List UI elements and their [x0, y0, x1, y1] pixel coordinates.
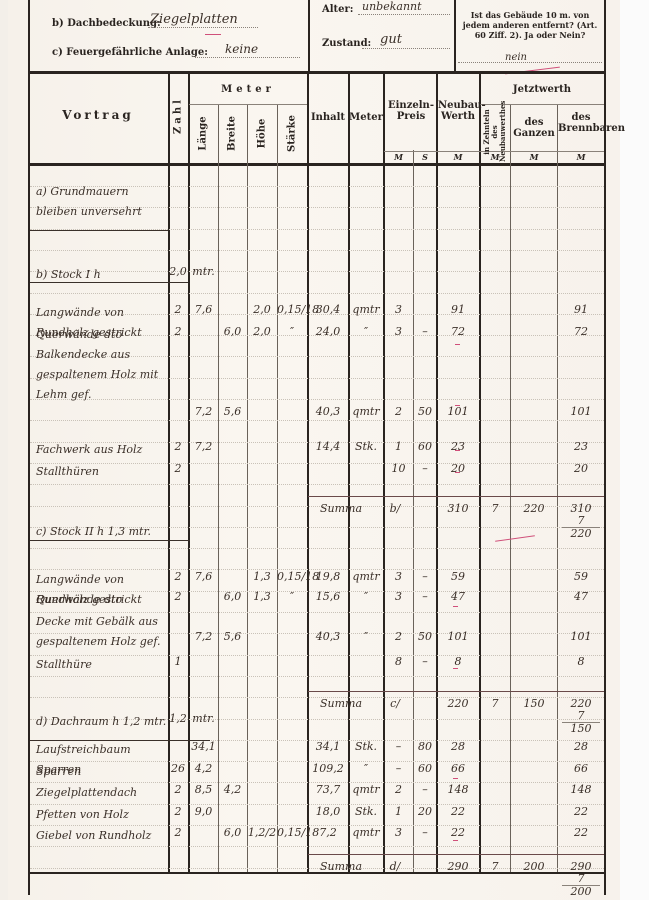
cell-preis_m: 1: [384, 440, 413, 453]
cell-breite: 6,0: [218, 826, 247, 839]
cell-meter: ″: [349, 762, 383, 775]
cell-zahl: 2: [168, 826, 188, 839]
cell-laenge: 4,2: [189, 762, 218, 775]
ruling-line: [30, 548, 604, 549]
summa-rule: [308, 496, 604, 497]
cell-inhalt: 109,2: [308, 762, 348, 775]
cell-neubau: 220: [437, 697, 479, 710]
cell-staerke: ″: [277, 325, 307, 338]
cell-inhalt: 40,3: [308, 630, 348, 643]
cell-zahl: 2: [168, 462, 188, 475]
section-underline: [30, 282, 188, 283]
ruling-line: [30, 484, 604, 485]
red-check-mark: [205, 34, 221, 35]
cell-preis_pf: 20: [414, 805, 436, 818]
cell-meter: qmtr: [349, 826, 383, 839]
calc-rule: [562, 527, 600, 528]
line-item-description: Pfetten von Holz: [36, 805, 129, 825]
red-check-mark: [455, 450, 460, 451]
cell-meter: qmtr: [349, 783, 383, 796]
unit-mark: M: [511, 152, 557, 162]
line-item-description: Stallthüre: [36, 655, 92, 675]
section-underline: [30, 230, 168, 231]
cell-ganzen: 150: [511, 697, 557, 710]
cell-preis_m: 8: [384, 655, 413, 668]
cell-laenge: 7,2: [189, 440, 218, 453]
cell-laenge: 7,6: [189, 570, 218, 583]
cell-zahl: 2: [168, 440, 188, 453]
cell-brenn-factor: 7: [558, 514, 604, 527]
cell-preis_m: 3: [384, 303, 413, 316]
cell-brenn-result: 200: [558, 885, 604, 898]
cell-preis_m: 2: [384, 405, 413, 418]
cell-meter: c/: [380, 697, 410, 710]
cell-preis_m: 2: [384, 630, 413, 643]
cell-brenn-result: 220: [558, 527, 604, 540]
cell-brenn: 47: [558, 590, 604, 603]
line-item-description: Ziegelplattendach: [36, 783, 137, 803]
cell-inhalt: 7,2: [308, 826, 348, 839]
cell-preis_m: 2: [384, 783, 413, 796]
line-item-description: Balkendecke aus gespaltenem Holz mit Leh…: [36, 345, 168, 405]
cell-zahl: 2,0: [168, 265, 188, 278]
cell-meter: qmtr: [349, 405, 383, 418]
cell-inhalt: 24,0: [308, 325, 348, 338]
cell-brenn: 8: [558, 655, 604, 668]
col-inhalt: Inhalt: [308, 112, 348, 123]
cell-neubau: 28: [437, 740, 479, 753]
col-line: [277, 105, 278, 872]
cell-preis_pf: –: [414, 826, 436, 839]
cell-laenge: mtr.: [189, 265, 218, 278]
roofing-label: b) Dachbedeckung:: [52, 18, 161, 29]
cell-preis_m: 3: [384, 325, 413, 338]
col-neubauwerth: Neubau-Werth: [438, 100, 478, 122]
page-margin: [620, 0, 649, 900]
col-meter: Meter: [349, 112, 383, 123]
cell-breite: 4,2: [218, 783, 247, 796]
line-item-description: Decke mit Gebälk aus gespaltenem Holz ge…: [36, 612, 168, 652]
cell-brenn: 28: [558, 740, 604, 753]
cell-hoehe: 1,3: [247, 590, 277, 603]
line-item-description: Querwände dto: [36, 325, 122, 345]
age-value: unbekannt: [362, 0, 422, 13]
summa-rule: [308, 854, 604, 855]
cell-inhalt: 19,8: [308, 570, 348, 583]
cell-laenge: 8,5: [189, 783, 218, 796]
roofing-line: [148, 27, 258, 28]
cell-inhalt: 40,3: [308, 405, 348, 418]
table-top-border: [28, 71, 605, 74]
condition-line: [362, 48, 450, 49]
red-check-mark: [455, 472, 460, 473]
condition-value: gut: [380, 32, 402, 47]
roofing-value: Ziegelplatten: [150, 12, 238, 27]
cell-inhalt: 34,1: [308, 740, 348, 753]
cell-zehnteln: 7: [480, 502, 510, 515]
cell-inhalt: 18,0: [308, 805, 348, 818]
col-vortrag: Vortrag: [28, 110, 168, 121]
cell-brenn: 22: [558, 805, 604, 818]
cell-meter: Stk.: [349, 440, 383, 453]
cell-brenn-result: 150: [558, 722, 604, 735]
cell-preis_pf: –: [414, 655, 436, 668]
cell-brenn: 20: [558, 462, 604, 475]
cell-preis_m: 3: [384, 590, 413, 603]
cell-zahl: 2: [168, 570, 188, 583]
cell-neubau: 66: [437, 762, 479, 775]
cell-neubau: 8: [437, 655, 479, 668]
cell-brenn: 148: [558, 783, 604, 796]
cell-neubau: 20: [437, 462, 479, 475]
col-jetztwerth-group: Jetztwerth: [480, 84, 604, 95]
fire-hazard-line: [195, 57, 300, 58]
section-underline: [30, 740, 210, 741]
col-line: [218, 105, 219, 872]
red-check-mark: [453, 606, 458, 607]
cell-neubau: 72: [437, 325, 479, 338]
unit-mark: M: [437, 152, 479, 162]
line-item-description: Giebel von Rundholz: [36, 826, 151, 846]
calc-rule: [562, 722, 600, 723]
section-heading: a) Grundmauern bleiben unversehrt: [36, 182, 168, 222]
cell-inhalt: 14,4: [308, 440, 348, 453]
cell-staerke: 0,15/18: [277, 570, 307, 583]
cell-preis_pf: 50: [414, 405, 436, 418]
cell-preis_pf: –: [414, 783, 436, 796]
cell-brenn: 22: [558, 826, 604, 839]
red-check-mark: [455, 405, 460, 406]
cell-ganzen: 220: [511, 502, 557, 515]
cell-laenge: 7,6: [189, 303, 218, 316]
col-ganzen: des Ganzen: [511, 117, 557, 139]
cell-meter: ″: [349, 630, 383, 643]
cell-preis_m: 3: [384, 570, 413, 583]
cell-neubau: 310: [437, 502, 479, 515]
calc-rule: [562, 885, 600, 886]
cell-neubau: 22: [437, 826, 479, 839]
cell-brenn: 101: [558, 630, 604, 643]
fire-hazard-label: c) Feuergefährliche Anlage:: [52, 47, 208, 58]
col-zahl: Zahl: [173, 96, 184, 136]
cell-neubau: 22: [437, 805, 479, 818]
cell-neubau: 148: [437, 783, 479, 796]
cell-preis_pf: –: [414, 570, 436, 583]
cell-meter: Stk.: [349, 740, 383, 753]
cell-preis_pf: –: [414, 462, 436, 475]
unit-pf: S: [414, 152, 436, 162]
cell-brenn: 101: [558, 405, 604, 418]
summa-rule: [308, 691, 604, 692]
unit-mark: M: [384, 152, 413, 162]
cell-hoehe: 1,2/2: [247, 826, 277, 839]
cell-zahl: 26: [168, 762, 188, 775]
cell-zehnteln: 7: [480, 697, 510, 710]
col-staerke: Stärke: [287, 114, 298, 154]
ruling-line: [30, 463, 604, 464]
cell-zahl: 2: [168, 783, 188, 796]
cell-brenn: 72: [558, 325, 604, 338]
age-label: Alter:: [322, 4, 354, 15]
cell-inhalt: 15,6: [308, 590, 348, 603]
cell-laenge: 7,2: [189, 405, 218, 418]
cell-brenn: 91: [558, 303, 604, 316]
cell-zahl: 1,2: [168, 712, 188, 725]
cell-laenge: 34,1: [189, 740, 218, 753]
cell-zahl: 1: [168, 655, 188, 668]
cell-preis_pf: –: [414, 590, 436, 603]
cell-breite: 6,0: [218, 590, 247, 603]
ruling-line: [30, 293, 604, 294]
cell-preis_m: –: [384, 762, 413, 775]
cell-laenge: 9,0: [189, 805, 218, 818]
unit-mark: M: [558, 152, 604, 162]
cell-staerke: 0,15/18: [277, 303, 307, 316]
table-bottom-border: [28, 872, 605, 874]
cell-brenn: 59: [558, 570, 604, 583]
cell-meter: Stk.: [349, 805, 383, 818]
red-check-mark: [453, 778, 458, 779]
cell-breite: 5,6: [218, 630, 247, 643]
ruling-line: [30, 846, 604, 847]
cell-meter: qmtr: [349, 570, 383, 583]
cell-inhalt: 30,4: [308, 303, 348, 316]
cell-preis_pf: –: [414, 325, 436, 338]
col-laenge: Länge: [198, 114, 209, 154]
meter-group-line: [189, 104, 307, 105]
line-item-description: Fachwerk aus Holz: [36, 440, 142, 460]
cell-zahl: 2: [168, 590, 188, 603]
cell-neubau: 59: [437, 570, 479, 583]
cell-neubau: 101: [437, 630, 479, 643]
cell-preis_m: 10: [384, 462, 413, 475]
cell-zahl: 2: [168, 805, 188, 818]
cell-preis_m: 3: [384, 826, 413, 839]
cell-preis_pf: 60: [414, 762, 436, 775]
cell-zahl: 2: [168, 325, 188, 338]
header-divider: [308, 0, 310, 72]
col-line: [247, 105, 248, 872]
summa-label: Summa: [320, 502, 362, 515]
cell-neubau: 47: [437, 590, 479, 603]
cell-brenn: 23: [558, 440, 604, 453]
ruling-line: [30, 420, 604, 421]
cell-laenge: mtr.: [189, 712, 218, 725]
cell-preis_pf: 50: [414, 630, 436, 643]
unit-mark: M: [480, 152, 510, 162]
cell-hoehe: 2,0: [247, 303, 277, 316]
cell-inhalt: 73,7: [308, 783, 348, 796]
col-breite: Breite: [227, 114, 238, 154]
red-check-mark: [453, 668, 458, 669]
cell-neubau: 23: [437, 440, 479, 453]
table-header-bottom: [28, 163, 605, 166]
col-einzelnpreis: Einzeln-Preis: [388, 100, 434, 122]
fire-hazard-value: keine: [225, 42, 258, 56]
col-line: [510, 105, 511, 872]
ruling-line: [30, 676, 604, 677]
cell-brenn: 66: [558, 762, 604, 775]
cell-preis_pf: 80: [414, 740, 436, 753]
ruling-line: [30, 655, 604, 656]
section-underline: [30, 540, 190, 541]
col-line: [557, 105, 558, 872]
cell-preis_m: 1: [384, 805, 413, 818]
cell-meter: b/: [380, 502, 410, 515]
form-right-border: [604, 0, 606, 895]
red-check-mark: [455, 344, 460, 345]
col-line: [479, 72, 481, 872]
cell-meter: ″: [349, 590, 383, 603]
distance-question: Ist das Gebäude 10 m. von jedem anderen …: [456, 10, 604, 40]
cell-brenn-factor: 7: [558, 709, 604, 722]
cell-staerke: ″: [277, 590, 307, 603]
cell-meter: qmtr: [349, 303, 383, 316]
col-brennbaren: des Brennbaren: [558, 112, 604, 134]
cell-preis_pf: 60: [414, 440, 436, 453]
cell-neubau: 101: [437, 405, 479, 418]
age-line: [358, 14, 450, 15]
cell-staerke: 0,15/18: [277, 826, 307, 839]
cell-neubau: 91: [437, 303, 479, 316]
line-item-description: Stallthüren: [36, 462, 99, 482]
distance-answer-line: [458, 62, 602, 63]
col-meter-group: Meter: [189, 84, 307, 95]
summa-label: Summa: [320, 697, 362, 710]
cell-breite: 6,0: [218, 325, 247, 338]
cell-laenge: 7,2: [189, 630, 218, 643]
cell-breite: 5,6: [218, 405, 247, 418]
ruling-line: [30, 271, 604, 272]
col-hoehe: Höhe: [257, 114, 268, 154]
cell-preis_m: –: [384, 740, 413, 753]
line-item-description: Querwände dto: [36, 590, 122, 610]
section-heading: c) Stock II h 1,3 mtr.: [36, 522, 151, 542]
cell-meter: ″: [349, 325, 383, 338]
section-heading: d) Dachraum h 1,2 mtr.: [36, 712, 166, 732]
line-item-description: Sparren: [36, 762, 81, 782]
cell-hoehe: 1,3: [247, 570, 277, 583]
red-check-mark: [453, 840, 458, 841]
ruling-line: [30, 250, 604, 251]
cell-zahl: 2: [168, 303, 188, 316]
cell-hoehe: 2,0: [247, 325, 277, 338]
